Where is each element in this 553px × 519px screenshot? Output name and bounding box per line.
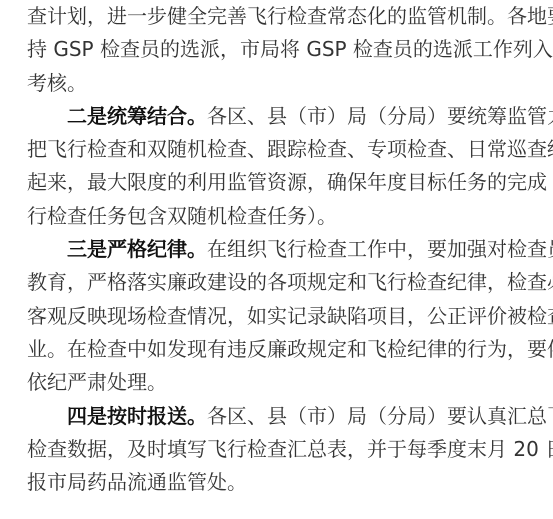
text-line: 教育，严格落实廉政建设的各项规定和飞行检查纪律，检查必须 — [27, 266, 533, 299]
text-line: 依纪严肃处理。 — [27, 366, 533, 399]
paragraph-heading: 三是严格纪律。 — [67, 237, 207, 261]
text-segment: 在组织飞行检查工作中，要加强对检查员的 — [207, 237, 553, 261]
paragraph-heading: 四是按时报送。 — [67, 404, 207, 428]
text-line: 客观反映现场检查情况，如实记录缺陷项目，公正评价被检查企 — [27, 300, 533, 333]
paragraph-2: 二是统筹结合。各区、县（市）局（分局）要统筹监管力量， 把飞行检查和双随机检查、… — [27, 100, 533, 233]
text-line: 把飞行检查和双随机检查、跟踪检查、专项检查、日常巡查结合 — [27, 133, 533, 166]
text-line: 检查数据，及时填写飞行检查汇总表，并于每季度末月 20 日前 — [27, 433, 533, 466]
text-line: 业。在检查中如发现有违反廉政规定和飞检纪律的行为，要依法 — [27, 333, 533, 366]
text-line: 查计划，进一步健全完善飞行检查常态化的监管机制。各地要支 — [27, 0, 533, 33]
paragraph-3: 三是严格纪律。在组织飞行检查工作中，要加强对检查员的 教育，严格落实廉政建设的各… — [27, 233, 533, 399]
text-segment: 各区、县（市）局（分局）要统筹监管力量， — [207, 104, 553, 128]
text-segment: 各区、县（市）局（分局）要认真汇总飞行 — [207, 404, 553, 428]
text-line: 考核。 — [27, 67, 533, 100]
text-line: 报市局药品流通监管处。 — [27, 466, 533, 499]
text-line: 行检查任务包含双随机检查任务）。 — [27, 200, 533, 233]
text-line: 起来，最大限度的利用监管资源，确保年度目标任务的完成（飞 — [27, 166, 533, 199]
document-body: 查计划，进一步健全完善飞行检查常态化的监管机制。各地要支 持 GSP 检查员的选… — [27, 0, 533, 499]
text-line: 持 GSP 检查员的选派，市局将 GSP 检查员的选派工作列入年度 — [27, 33, 533, 66]
text-line-lead: 四是按时报送。各区、县（市）局（分局）要认真汇总飞行 — [27, 400, 533, 433]
text-line-lead: 二是统筹结合。各区、县（市）局（分局）要统筹监管力量， — [27, 100, 533, 133]
text-line-lead: 三是严格纪律。在组织飞行检查工作中，要加强对检查员的 — [27, 233, 533, 266]
paragraph-1: 查计划，进一步健全完善飞行检查常态化的监管机制。各地要支 持 GSP 检查员的选… — [27, 0, 533, 100]
paragraph-heading: 二是统筹结合。 — [67, 104, 207, 128]
paragraph-4: 四是按时报送。各区、县（市）局（分局）要认真汇总飞行 检查数据，及时填写飞行检查… — [27, 400, 533, 500]
